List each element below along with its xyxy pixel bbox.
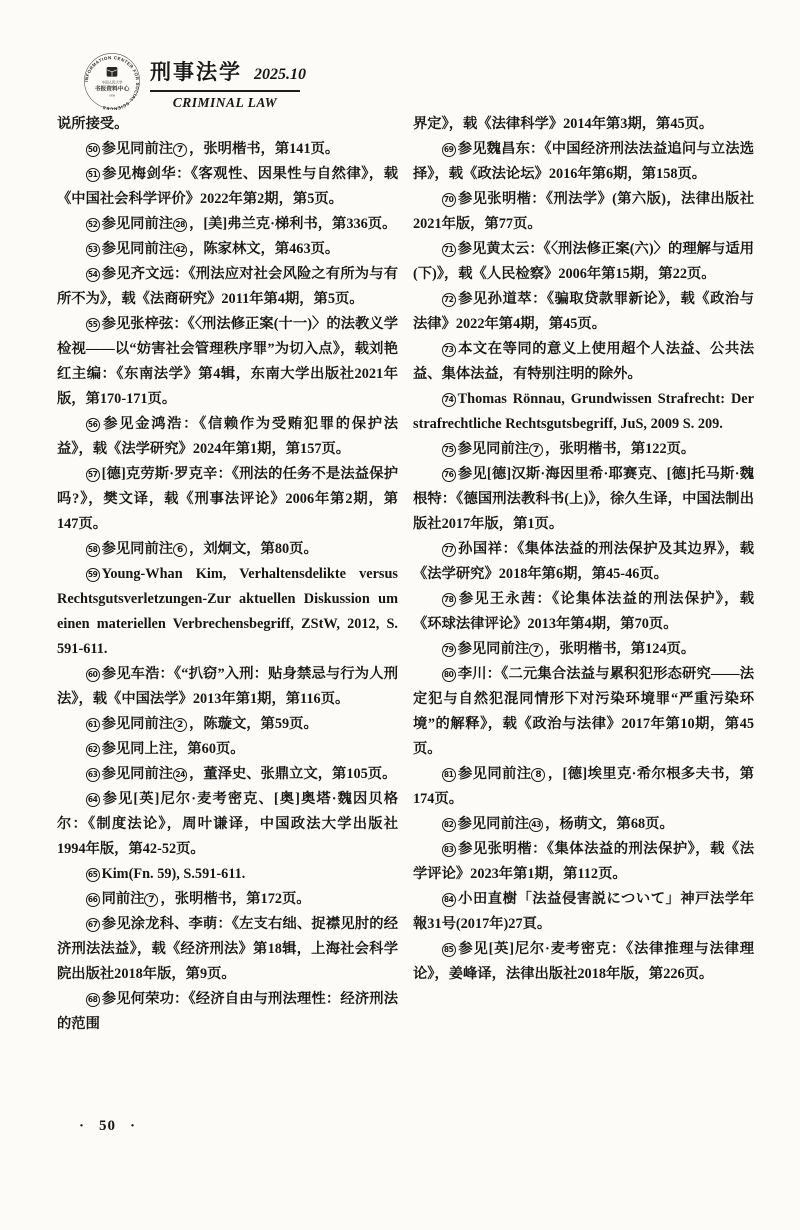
footnote-60: 60参见车浩：《“扒窃”入刑：贴身禁忌与行为人刑法》，载《中国法学》2013年第…	[57, 662, 398, 712]
circled-footnote-number: 65	[86, 868, 100, 882]
footnote-continuation: 说所接受。	[57, 112, 398, 137]
circled-footnote-number: 59	[86, 568, 100, 582]
circled-footnote-number: 61	[86, 718, 100, 732]
footnote-67: 67参见涂龙科、李萌：《左支右绌、捉襟见肘的经济刑法法益》，载《经济刑法》第18…	[57, 912, 398, 987]
journal-logo-seal-icon: INFORMATION CENTER FOR SOCIAL SCIENCES 中…	[83, 52, 141, 110]
footnote-69: 69参见魏昌东：《中国经济刑法法益追问与立法选择》，载《政法论坛》2016年第6…	[413, 137, 754, 187]
circled-footnote-number: 82	[442, 818, 456, 832]
footnote-58: 58参见同前注6，刘炯文，第80页。	[57, 537, 398, 562]
circled-footnote-number: 81	[442, 768, 456, 782]
footnote-50: 50参见同前注7，张明楷书，第141页。	[57, 137, 398, 162]
circled-footnote-number: 83	[442, 843, 456, 857]
circled-footnote-number: 51	[86, 168, 100, 182]
circled-footnote-number: 62	[86, 743, 100, 757]
circled-footnote-number: 72	[442, 293, 456, 307]
circled-footnote-number: 7	[529, 443, 543, 457]
footnote-80: 80李川：《二元集合法益与累积犯形态研究——法定犯与自然犯混同情形下对污染环境罪…	[413, 662, 754, 762]
footnote-68: 68参见何荣功：《经济自由与刑法理性：经济刑法的范围	[57, 987, 398, 1037]
journal-title-block: 刑事法学 2025.10 CRIMINAL LAW	[150, 56, 300, 111]
logo-university-name: 中国人民大学	[102, 79, 123, 84]
footnote-65: 65Kim(Fn. 59), S.591-611.	[57, 862, 398, 887]
circled-footnote-number: 50	[86, 143, 100, 157]
circled-footnote-number: 55	[86, 318, 100, 332]
circled-footnote-number: 2	[173, 718, 187, 732]
circled-footnote-number: 53	[86, 243, 100, 257]
circled-footnote-number: 7	[529, 643, 543, 657]
circled-footnote-number: 84	[442, 893, 456, 907]
circled-footnote-number: 57	[86, 468, 100, 482]
footnote-64: 64参见[英]尼尔·麦考密克、[奥]奥塔·魏因贝格尔：《制度法论》，周叶谦译，中…	[57, 787, 398, 862]
footnote-56: 56参见金鸿浩：《信赖作为受贿犯罪的保护法益》，载《法学研究》2024年第1期，…	[57, 412, 398, 462]
circled-footnote-number: 7	[173, 143, 187, 157]
circled-footnote-number: 70	[442, 193, 456, 207]
circled-footnote-number: 71	[442, 243, 456, 257]
page-number-left-dot: ·	[79, 1118, 85, 1134]
footnote-77: 77孙国祥：《集体法益的刑法保护及其边界》，载《法学研究》2018年第6期，第4…	[413, 537, 754, 587]
circled-footnote-number: 74	[442, 393, 456, 407]
circled-footnote-number: 56	[86, 418, 100, 432]
circled-footnote-number: 24	[173, 768, 187, 782]
logo-center-name: 书报资料中心	[95, 85, 130, 93]
footnote-70: 70参见张明楷：《刑法学》(第六版)，法律出版社2021年版，第77页。	[413, 187, 754, 237]
circled-footnote-number: 85	[442, 943, 456, 957]
footnote-continuation: 界定》，载《法律科学》2014年第3期，第45页。	[413, 112, 754, 137]
footnote-84: 84小田直樹「法益侵害説について」神戸法学年報31号(2017年)27頁。	[413, 887, 754, 937]
circled-footnote-number: 79	[442, 643, 456, 657]
circled-footnote-number: 7	[144, 893, 158, 907]
circled-footnote-number: 52	[86, 218, 100, 232]
circled-footnote-number: 54	[86, 268, 100, 282]
circled-footnote-number: 75	[442, 443, 456, 457]
footnote-61: 61参见同前注2，陈璇文，第59页。	[57, 712, 398, 737]
circled-footnote-number: 78	[442, 593, 456, 607]
footnotes-column-right: 界定》，载《法律科学》2014年第3期，第45页。69参见魏昌东：《中国经济刑法…	[413, 112, 754, 987]
circled-footnote-number: 42	[173, 243, 187, 257]
circled-footnote-number: 60	[86, 668, 100, 682]
footnote-55: 55参见张梓弦：《〈刑法修正案(十一)〉的法教义学检视——以“妨害社会管理秩序罪…	[57, 312, 398, 412]
footnote-75: 75参见同前注7，张明楷书，第122页。	[413, 437, 754, 462]
footnote-82: 82参见同前注43，杨萌文，第68页。	[413, 812, 754, 837]
footnote-71: 71参见黄太云：《〈刑法修正案(六)〉的理解与适用(下)》，载《人民检察》200…	[413, 237, 754, 287]
circled-footnote-number: 80	[442, 668, 456, 682]
header-rule	[150, 90, 300, 92]
circled-footnote-number: 73	[442, 343, 456, 357]
journal-title-en: CRIMINAL LAW	[150, 95, 300, 111]
footnote-59: 59Young-Whan Kim, Verhaltensdelikte vers…	[57, 562, 398, 662]
circled-footnote-number: 63	[86, 768, 100, 782]
circled-footnote-number: 77	[442, 543, 456, 557]
footnote-51: 51参见梅剑华：《客观性、因果性与自然律》，载《中国社会科学评价》2022年第2…	[57, 162, 398, 212]
circled-footnote-number: 8	[531, 768, 545, 782]
footnote-78: 78参见王永茜：《论集体法益的刑法保护》，载《环球法律评论》2013年第4期，第…	[413, 587, 754, 637]
logo-cube-icon	[107, 67, 118, 77]
circled-footnote-number: 28	[173, 218, 187, 232]
journal-page: INFORMATION CENTER FOR SOCIAL SCIENCES 中…	[0, 0, 800, 1230]
journal-issue: 2025.10	[254, 66, 306, 84]
footnote-66: 66同前注7，张明楷书，第172页。	[57, 887, 398, 912]
footnotes-column-left: 说所接受。50参见同前注7，张明楷书，第141页。51参见梅剑华：《客观性、因果…	[57, 112, 398, 1037]
circled-footnote-number: 58	[86, 543, 100, 557]
footnote-62: 62参见同上注，第60页。	[57, 737, 398, 762]
footnote-53: 53参见同前注42，陈家林文，第463页。	[57, 237, 398, 262]
footnote-81: 81参见同前注8，[德]埃里克·希尔根多夫书，第174页。	[413, 762, 754, 812]
page-number-right-dot: ·	[130, 1118, 136, 1134]
circled-footnote-number: 76	[442, 468, 456, 482]
footnote-72: 72参见孙道萃：《骗取贷款罪新论》，载《政治与法律》2022年第4期，第45页。	[413, 287, 754, 337]
circled-footnote-number: 64	[86, 793, 100, 807]
circled-footnote-number: 67	[86, 918, 100, 932]
footnote-83: 83参见张明楷：《集体法益的刑法保护》，载《法学评论》2023年第1期，第112…	[413, 837, 754, 887]
footnote-54: 54参见齐文远：《刑法应对社会风险之有所为与有所不为》，载《法商研究》2011年…	[57, 262, 398, 312]
page-number-value: 50	[99, 1118, 116, 1134]
journal-title: 刑事法学	[150, 56, 242, 86]
logo-year: 1958	[109, 93, 115, 97]
footnote-57: 57[德]克劳斯·罗克辛：《刑法的任务不是法益保护吗?》，樊文译，载《刑事法评论…	[57, 462, 398, 537]
circled-footnote-number: 43	[529, 818, 543, 832]
footnote-79: 79参见同前注7，张明楷书，第124页。	[413, 637, 754, 662]
footnote-85: 85参见[英]尼尔·麦考密克：《法律推理与法律理论》，姜峰译，法律出版社2018…	[413, 937, 754, 987]
footnote-76: 76参见[德]汉斯·海因里希·耶赛克、[德]托马斯·魏根特：《德国刑法教科书(上…	[413, 462, 754, 537]
footnote-52: 52参见同前注28，[美]弗兰克·梯利书，第336页。	[57, 212, 398, 237]
footnote-73: 73本文在等同的意义上使用超个人法益、公共法益、集体法益，有特别注明的除外。	[413, 337, 754, 387]
footnote-63: 63参见同前注24，董泽史、张鼎立文，第105页。	[57, 762, 398, 787]
circled-footnote-number: 66	[86, 893, 100, 907]
circled-footnote-number: 6	[173, 543, 187, 557]
circled-footnote-number: 68	[86, 993, 100, 1007]
page-number: ·50·	[72, 1118, 143, 1135]
footnote-74: 74Thomas Rönnau, Grundwissen Strafrecht:…	[413, 387, 754, 437]
circled-footnote-number: 69	[442, 143, 456, 157]
